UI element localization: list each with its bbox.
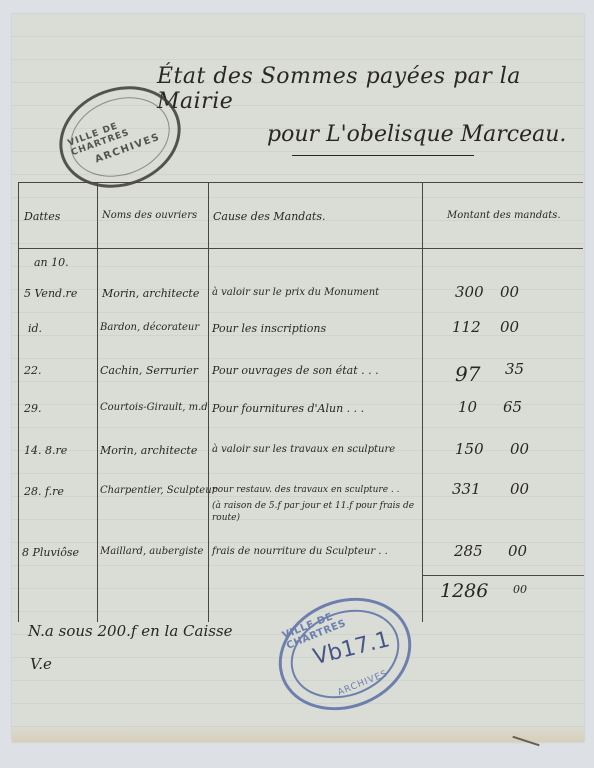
footnote-line2: V.e (30, 655, 52, 673)
row-worker: Courtois-Girault, m.d (100, 402, 208, 413)
row-worker: Maillard, aubergiste (100, 546, 203, 557)
footnote-line1: N.a sous 200.f en la Caisse (28, 622, 233, 640)
row-cause: pour restauv. des travaux en sculpture .… (212, 485, 400, 495)
row-amount-cents: 00 (500, 283, 519, 301)
header-workers: Noms des ouvriers (102, 210, 197, 221)
document-title-line2: pour L'obelisque Marceau. (267, 122, 566, 147)
row-worker: Bardon, décorateur (100, 322, 199, 333)
row-cause: à valoir sur les travaux en sculpture (212, 444, 395, 455)
table-left-rule (18, 182, 19, 622)
row-date: 8 Pluviôse (22, 546, 79, 559)
row-worker: Morin, architecte (100, 444, 197, 457)
document-title-line1: État des Sommes payées par la Mairie (157, 64, 584, 114)
row-cause: frais de nourriture du Sculpteur . . (212, 546, 388, 557)
col-divider-3 (422, 182, 423, 622)
total-rule (422, 575, 584, 576)
row-amount-cents: 65 (503, 398, 522, 416)
row-amount-cents: 00 (510, 440, 529, 458)
year-label: an 10. (34, 256, 69, 269)
row-amount-francs: 300 (455, 283, 484, 301)
header-cause: Cause des Mandats. (213, 210, 325, 223)
row-worker: Morin, architecte (102, 287, 199, 300)
row-amount-francs: 10 (458, 398, 477, 416)
row-amount-francs: 112 (452, 318, 481, 336)
row-cause: Pour les inscriptions (212, 322, 326, 335)
title-underline (292, 155, 474, 156)
row-worker: Cachin, Serrurier (100, 364, 198, 377)
total-amount-cents: 00 (513, 583, 527, 596)
table-top-rule (18, 182, 583, 183)
row-cause-continuation: (à raison de 5.f par jour et 11.f pour f… (212, 500, 417, 524)
header-amount: Montant des mandats. (447, 210, 561, 221)
row-amount-cents: 35 (505, 360, 524, 378)
col-divider-2 (208, 182, 209, 622)
row-cause: Pour fournitures d'Alun . . . (212, 402, 364, 415)
row-date: 29. (24, 402, 42, 415)
col-divider-1 (97, 182, 98, 622)
row-date: 22. (24, 364, 42, 377)
row-worker: Charpentier, Sculpteur (100, 485, 216, 496)
row-amount-francs: 97 (455, 362, 480, 386)
row-date: 28. f.re (24, 485, 64, 498)
row-cause: à valoir sur le prix du Monument (212, 287, 379, 298)
total-amount-francs: 1286 (440, 580, 488, 602)
row-date: id. (28, 322, 42, 335)
row-amount-cents: 00 (510, 480, 529, 498)
row-date: 14. 8.re (24, 444, 67, 457)
row-amount-cents: 00 (500, 318, 519, 336)
row-date: 5 Vend.re (24, 287, 77, 300)
row-cause: Pour ouvrages de son état . . . (212, 364, 379, 377)
row-amount-francs: 285 (454, 542, 483, 560)
table-header-rule (18, 248, 583, 249)
row-amount-francs: 150 (455, 440, 484, 458)
header-dates: Dattes (24, 210, 60, 223)
row-amount-francs: 331 (452, 480, 481, 498)
row-amount-cents: 00 (508, 542, 527, 560)
